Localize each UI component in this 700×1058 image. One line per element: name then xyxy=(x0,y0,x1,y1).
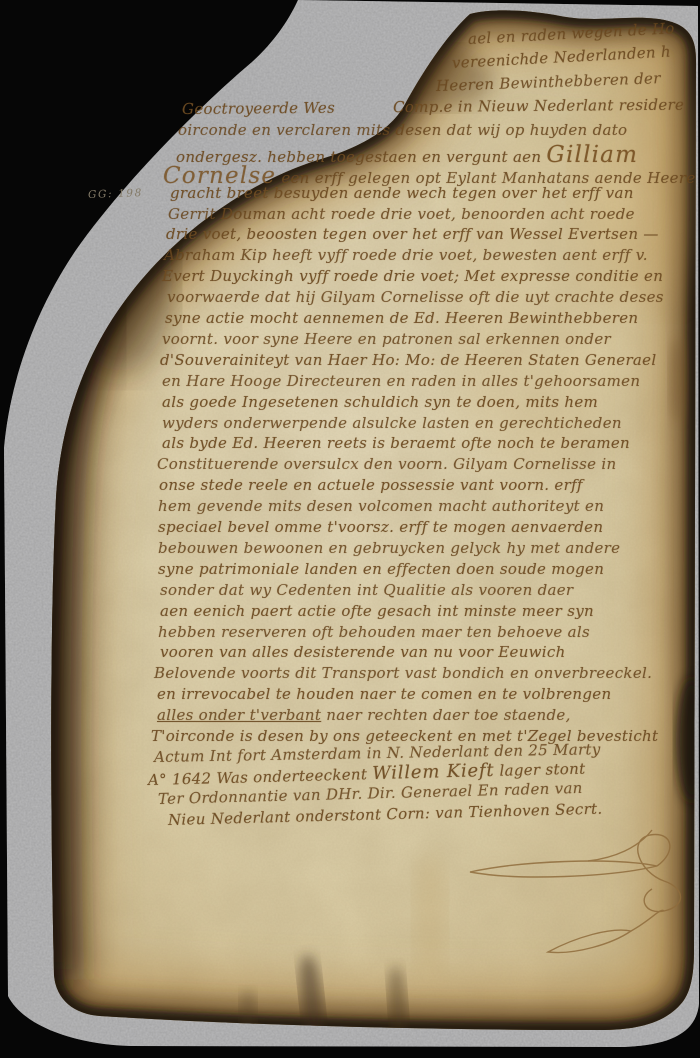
scorch-right-faint xyxy=(669,338,687,422)
margin-note: GG: 198 xyxy=(88,187,143,201)
stain xyxy=(414,853,446,977)
stain xyxy=(578,60,700,300)
artifact-svg xyxy=(0,0,700,1058)
photograph-background: GG: 198 ael en raden wegen de Hovereenic… xyxy=(0,0,700,1058)
